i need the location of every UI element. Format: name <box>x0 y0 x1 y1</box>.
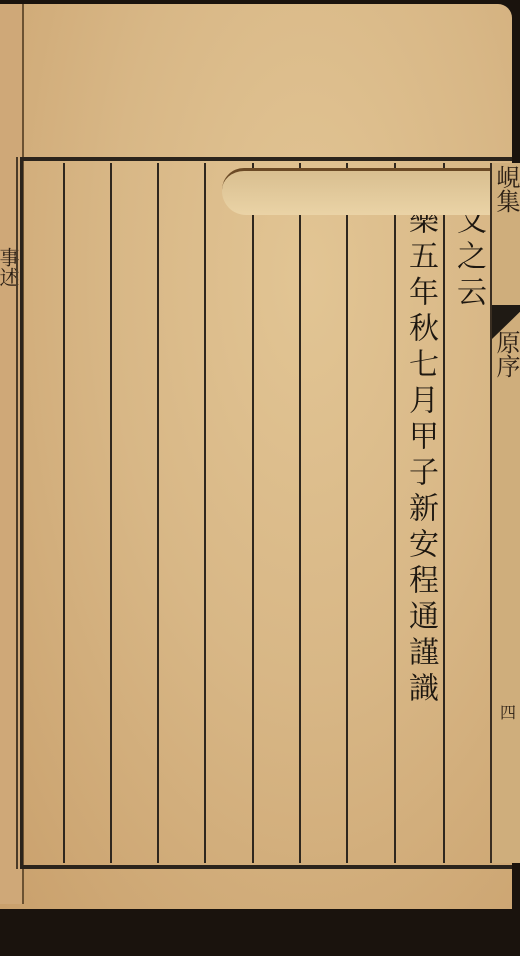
column-rule <box>346 163 348 863</box>
text-column-colophon: 永樂五年秋七月甲子新安程通謹識 <box>402 168 438 708</box>
column-rule <box>110 163 112 863</box>
frame-top-border <box>20 157 512 161</box>
column-rule <box>157 163 159 863</box>
scan-background <box>0 910 520 956</box>
frame-bottom-border <box>20 865 512 869</box>
page-number: 四 <box>500 700 516 723</box>
fore-edge-panel <box>490 163 520 863</box>
column-rule <box>394 163 396 863</box>
frame-outer-left-border <box>16 157 18 869</box>
column-rule <box>443 163 445 863</box>
column-rule <box>63 163 65 863</box>
frame-left-border <box>20 157 23 869</box>
paper-tear <box>222 168 520 215</box>
section-title: 原序 <box>492 330 520 378</box>
column-rule <box>204 163 206 863</box>
column-rule <box>252 163 254 863</box>
column-rule <box>299 163 301 863</box>
book-title: 峴集 <box>492 165 520 213</box>
